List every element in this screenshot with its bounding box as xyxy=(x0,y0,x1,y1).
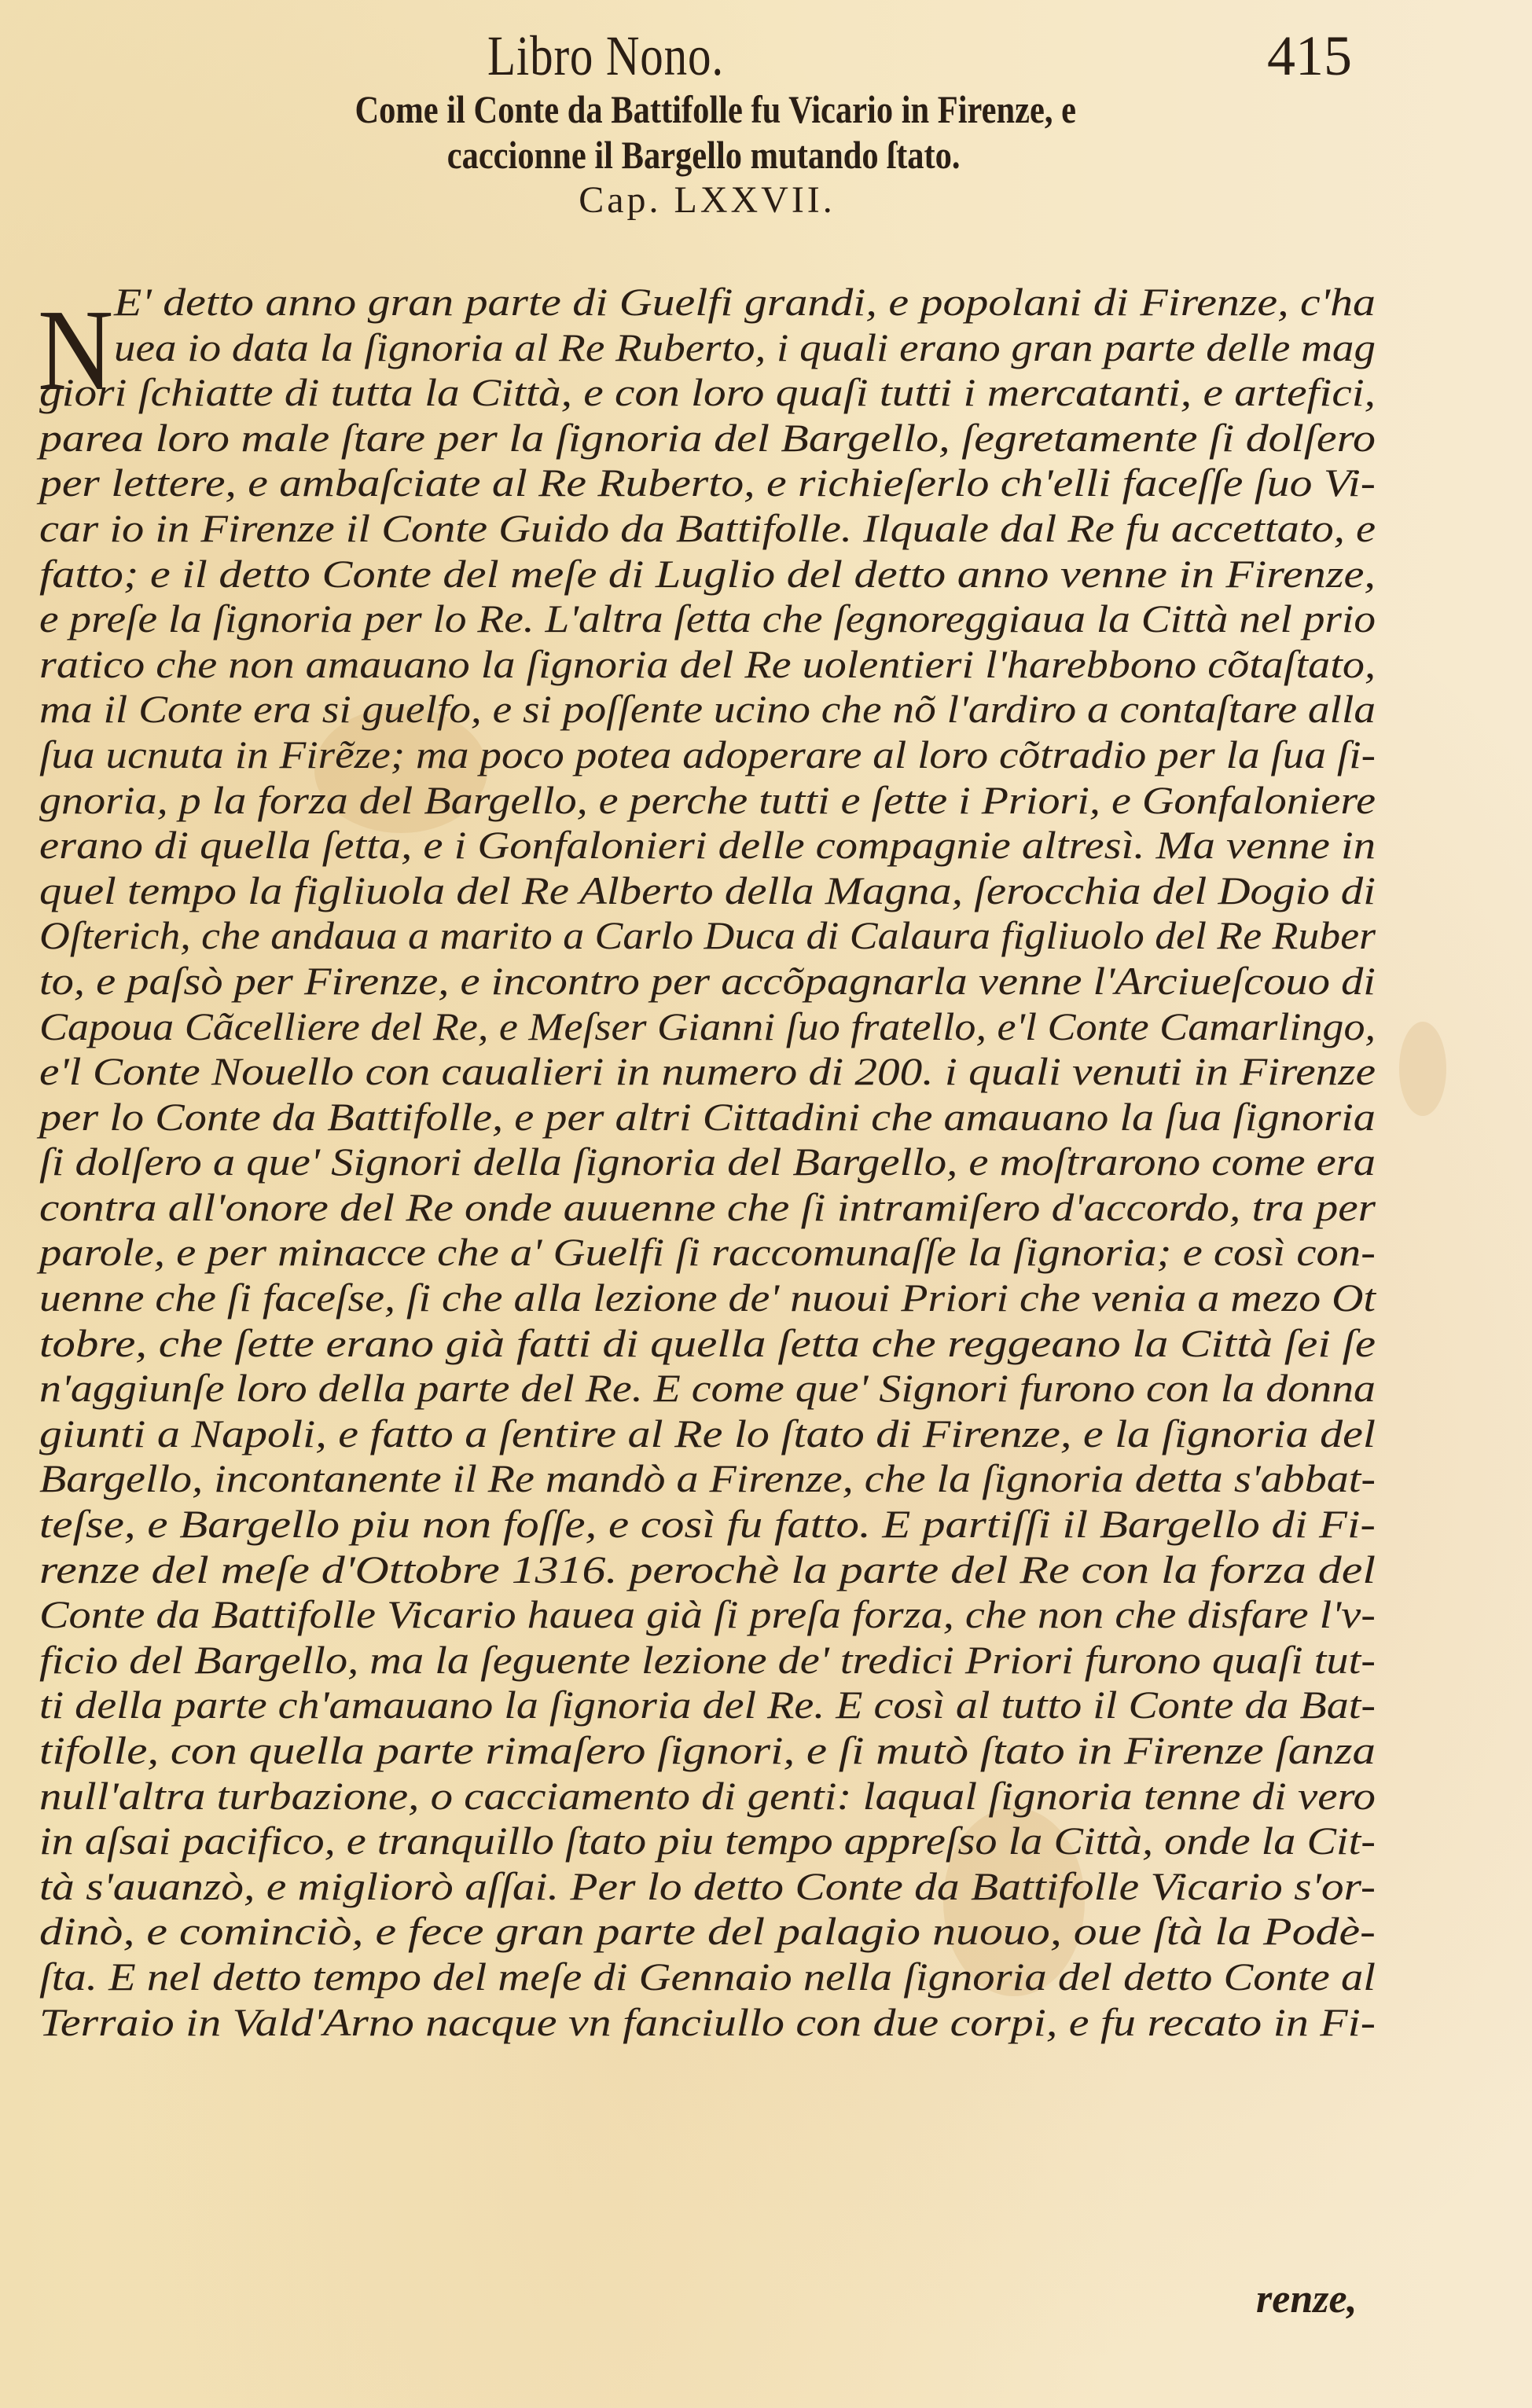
chapter-title-line-2: caccionne il Bargello mutando ſtato. xyxy=(6,132,1402,178)
chapter-number: Cap. LXXVII. xyxy=(0,178,1532,223)
paper-stain xyxy=(1399,1022,1446,1116)
chapter-title-line-1: Come il Conte da Battifolle fu Vicario i… xyxy=(28,86,1403,132)
running-title: Libro Nono. xyxy=(487,24,724,89)
text-line: parole, e per minacce che a' Guelfi ſi r… xyxy=(39,1230,1376,1276)
text-line: renze del meſe d'Ottobre 1316. perochè l… xyxy=(39,1547,1376,1593)
text-line: gnoria, p la forza del Bargello, e perch… xyxy=(39,778,1376,824)
text-line: Oſterich, che andaua a marito a Carlo Du… xyxy=(39,913,1376,959)
body-text: E' detto anno gran parte di Guelfi grand… xyxy=(39,280,1376,2045)
text-line: fatto; e il detto Conte del meſe di Lugl… xyxy=(39,552,1376,597)
text-line: e'l Conte Nouello con caualieri in numer… xyxy=(39,1049,1376,1095)
text-line: n'aggiunſe loro della parte del Re. E co… xyxy=(39,1366,1376,1411)
catchword: renze, xyxy=(1256,2276,1357,2322)
text-line: per lettere, e ambaſciate al Re Ruberto,… xyxy=(39,461,1376,506)
text-line: tifolle, con quella parte rimaſero ſigno… xyxy=(39,1728,1376,1774)
text-line: Terraio in Vald'Arno nacque vn fanciullo… xyxy=(39,2000,1376,2046)
text-line: parea loro male ſtare per la ſignoria de… xyxy=(39,416,1376,461)
text-line: tobre, che ſette erano già fatti di quel… xyxy=(39,1321,1376,1367)
text-line: contra all'onore del Re onde auuenne che… xyxy=(39,1185,1376,1231)
text-line: per lo Conte da Battifolle, e per altri … xyxy=(39,1095,1376,1140)
text-line: ti della parte ch'amauano la ſignoria de… xyxy=(39,1683,1376,1728)
text-line: dinò, e cominciò, e fece gran parte del … xyxy=(39,1909,1376,1955)
text-line: e preſe la ſignoria per lo Re. L'altra ſ… xyxy=(39,596,1376,642)
text-line: ratico che non amauano la ſignoria del R… xyxy=(39,642,1376,688)
book-page: Libro Nono. 415 Come il Conte da Battifo… xyxy=(0,0,1532,2408)
text-line: E' detto anno gran parte di Guelfi grand… xyxy=(39,280,1376,325)
text-line: erano di quella ſetta, e i Gonfalonieri … xyxy=(39,823,1376,868)
chapter-heading: Come il Conte da Battifolle fu Vicario i… xyxy=(0,86,1532,223)
text-line: giori ſchiatte di tutta la Città, e con … xyxy=(39,370,1376,416)
text-line: teſse, e Bargello piu non foſſe, e così … xyxy=(39,1502,1376,1547)
text-line: ſi dolſero a que' Signori della ſignoria… xyxy=(39,1140,1376,1185)
text-line: ſta. E nel detto tempo del meſe di Genna… xyxy=(39,1955,1376,2000)
text-line: giunti a Napoli, e fatto a ſentire al Re… xyxy=(39,1411,1376,1457)
text-line: in aſsai pacifico, e tranquillo ſtato pi… xyxy=(39,1819,1376,1864)
text-line: to, e paſsò per Firenze, e incontro per … xyxy=(39,959,1376,1004)
text-line: quel tempo la figliuola del Re Alberto d… xyxy=(39,868,1376,914)
text-line: Bargello, incontanente il Re mandò a Fir… xyxy=(39,1456,1376,1502)
text-line: uea io data la ſignoria al Re Ruberto, i… xyxy=(39,325,1376,371)
text-line: uenne che ſi faceſse, ſi che alla lezion… xyxy=(39,1276,1376,1321)
text-line: Conte da Battifolle Vicario hauea già ſi… xyxy=(39,1592,1376,1638)
text-line: ma il Conte era si guelfo, e si poſſente… xyxy=(39,687,1376,732)
text-line: ſua ucnuta in Firẽze; ma poco potea adop… xyxy=(39,732,1376,778)
text-line: Capoua Cãcelliere del Re, e Meſser Giann… xyxy=(39,1004,1376,1050)
page-number: 415 xyxy=(1267,24,1352,89)
text-line: ficio del Bargello, ma la ſeguente lezio… xyxy=(39,1638,1376,1683)
text-line: tà s'auanzò, e migliorò aſſai. Per lo de… xyxy=(39,1864,1376,1910)
text-line: car io in Firenze il Conte Guido da Batt… xyxy=(39,506,1376,552)
text-line: null'altra turbazione, o cacciamento di … xyxy=(39,1774,1376,1819)
